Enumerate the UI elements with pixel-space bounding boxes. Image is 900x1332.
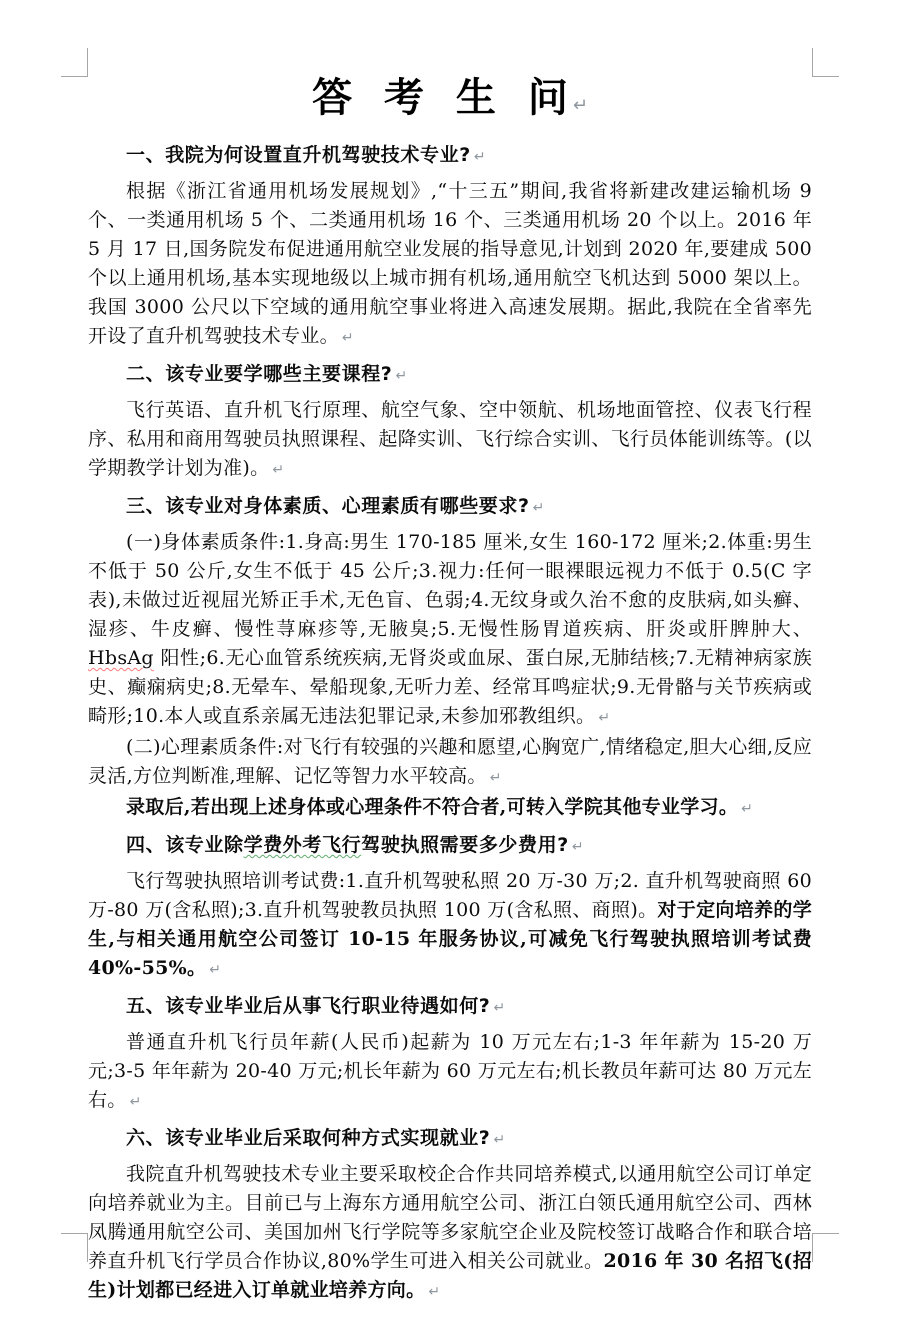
question-heading: 二、该专业要学哪些主要课程?↵	[88, 360, 812, 391]
text-segment: (二)心理素质条件:对飞行有较强的兴趣和愿望,心胸宽广,情绪稳定,胆大心细,反应…	[88, 736, 812, 787]
body-paragraph: 根据《浙江省通用机场发展规划》,“十三五”期间,我省将新建改建运输机场 9 个、…	[88, 177, 812, 353]
text-boundary-mark-bottom-right	[812, 1233, 839, 1262]
question-heading: 四、该专业除学费外考飞行驾驶执照需要多少费用?↵	[88, 831, 812, 862]
question-heading: 一、我院为何设置直升机驾驶技术专业?↵	[88, 141, 812, 172]
question-heading: 三、该专业对身体素质、心理素质有哪些要求?↵	[88, 492, 812, 523]
grammar-flagged-text: 学费外考飞行	[244, 834, 362, 856]
paragraph-mark-icon: ↵	[392, 368, 407, 384]
body-paragraph: (二)心理素质条件:对飞行有较强的兴趣和愿望,心胸宽广,情绪稳定,胆大心细,反应…	[88, 733, 812, 793]
text-segment: 驾驶执照需要多少费用?	[361, 834, 569, 856]
document-content: 答 考 生 问↵ 一、我院为何设置直升机驾驶技术专业?↵根据《浙江省通用机场发展…	[88, 74, 812, 1307]
question-heading: 六、该专业毕业后采取何种方式实现就业?↵	[88, 1124, 812, 1155]
text-segment: 普通直升机飞行员年薪(人民币)起薪为 10 万元左右;1-3 年年薪为 15-2…	[88, 1031, 812, 1111]
body-paragraph: 录取后,若出现上述身体或心理条件不符合者,可转入学院其他专业学习。↵	[88, 793, 812, 824]
paragraph-mark-icon: ↵	[471, 149, 486, 165]
text-segment: 飞行英语、直升机飞行原理、航空气象、空中领航、机场地面管控、仪表飞行程序、私用和…	[88, 399, 812, 479]
text-boundary-mark-bottom-left	[61, 1233, 88, 1262]
document-title-text: 答 考 生 问	[312, 75, 570, 121]
paragraph-list: 一、我院为何设置直升机驾驶技术专业?↵根据《浙江省通用机场发展规划》,“十三五”…	[88, 141, 812, 1307]
spellcheck-flagged-text: HbsAg	[88, 647, 154, 669]
text-segment: 三、该专业对身体素质、心理素质有哪些要求?	[126, 495, 530, 517]
question-heading: 五、该专业毕业后从事飞行职业待遇如何?↵	[88, 992, 812, 1023]
paragraph-mark-icon: ↵	[595, 710, 610, 726]
paragraph-mark-icon: ↵	[490, 1132, 505, 1148]
paragraph-mark-icon: ↵	[206, 962, 221, 978]
paragraph-mark-icon: ↵	[127, 1094, 142, 1110]
paragraph-mark-icon: ↵	[339, 330, 354, 346]
word-document-page: 答 考 生 问↵ 一、我院为何设置直升机驾驶技术专业?↵根据《浙江省通用机场发展…	[0, 0, 900, 1332]
paragraph-mark-icon: ↵	[530, 500, 545, 516]
paragraph-mark-icon: ↵	[269, 462, 284, 478]
text-segment: 录取后,若出现上述身体或心理条件不符合者,可转入学院其他专业学习。	[126, 796, 738, 818]
body-paragraph: (一)身体素质条件:1.身高:男生 170-185 厘米,女生 160-172 …	[88, 528, 812, 733]
text-boundary-mark-top-right	[812, 48, 839, 77]
text-segment: 二、该专业要学哪些主要课程?	[126, 363, 392, 385]
body-paragraph: 我院直升机驾驶技术专业主要采取校企合作共同培养模式,以通用航空公司订单定向培养就…	[88, 1160, 812, 1307]
paragraph-mark-icon: ↵	[490, 1000, 505, 1016]
text-segment: 根据《浙江省通用机场发展规划》,“十三五”期间,我省将新建改建运输机场 9 个、…	[88, 180, 812, 347]
text-segment: 一、我院为何设置直升机驾驶技术专业?	[126, 144, 471, 166]
body-paragraph: 飞行驾驶执照培训考试费:1.直升机驾驶私照 20 万-30 万;2. 直升机驾驶…	[88, 867, 812, 985]
text-segment: 四、该专业除	[126, 834, 244, 856]
paragraph-mark-icon: ↵	[738, 801, 753, 817]
paragraph-mark-icon: ↵	[570, 95, 588, 116]
body-paragraph: 普通直升机飞行员年薪(人民币)起薪为 10 万元左右;1-3 年年薪为 15-2…	[88, 1028, 812, 1117]
text-segment: 五、该专业毕业后从事飞行职业待遇如何?	[126, 995, 490, 1017]
document-title: 答 考 生 问↵	[88, 74, 812, 130]
text-boundary-mark-top-left	[61, 48, 88, 77]
text-segment: (一)身体素质条件:1.身高:男生 170-185 厘米,女生 160-172 …	[88, 531, 812, 640]
text-segment: 阳性;6.无心血管系统疾病,无肾炎或血尿、蛋白尿,无肺结核;7.无精神病家族史、…	[88, 647, 812, 727]
paragraph-mark-icon: ↵	[569, 839, 584, 855]
paragraph-mark-icon: ↵	[487, 770, 502, 786]
text-segment: 六、该专业毕业后采取何种方式实现就业?	[126, 1127, 490, 1149]
body-paragraph: 飞行英语、直升机飞行原理、航空气象、空中领航、机场地面管控、仪表飞行程序、私用和…	[88, 396, 812, 485]
paragraph-mark-icon: ↵	[425, 1284, 440, 1300]
